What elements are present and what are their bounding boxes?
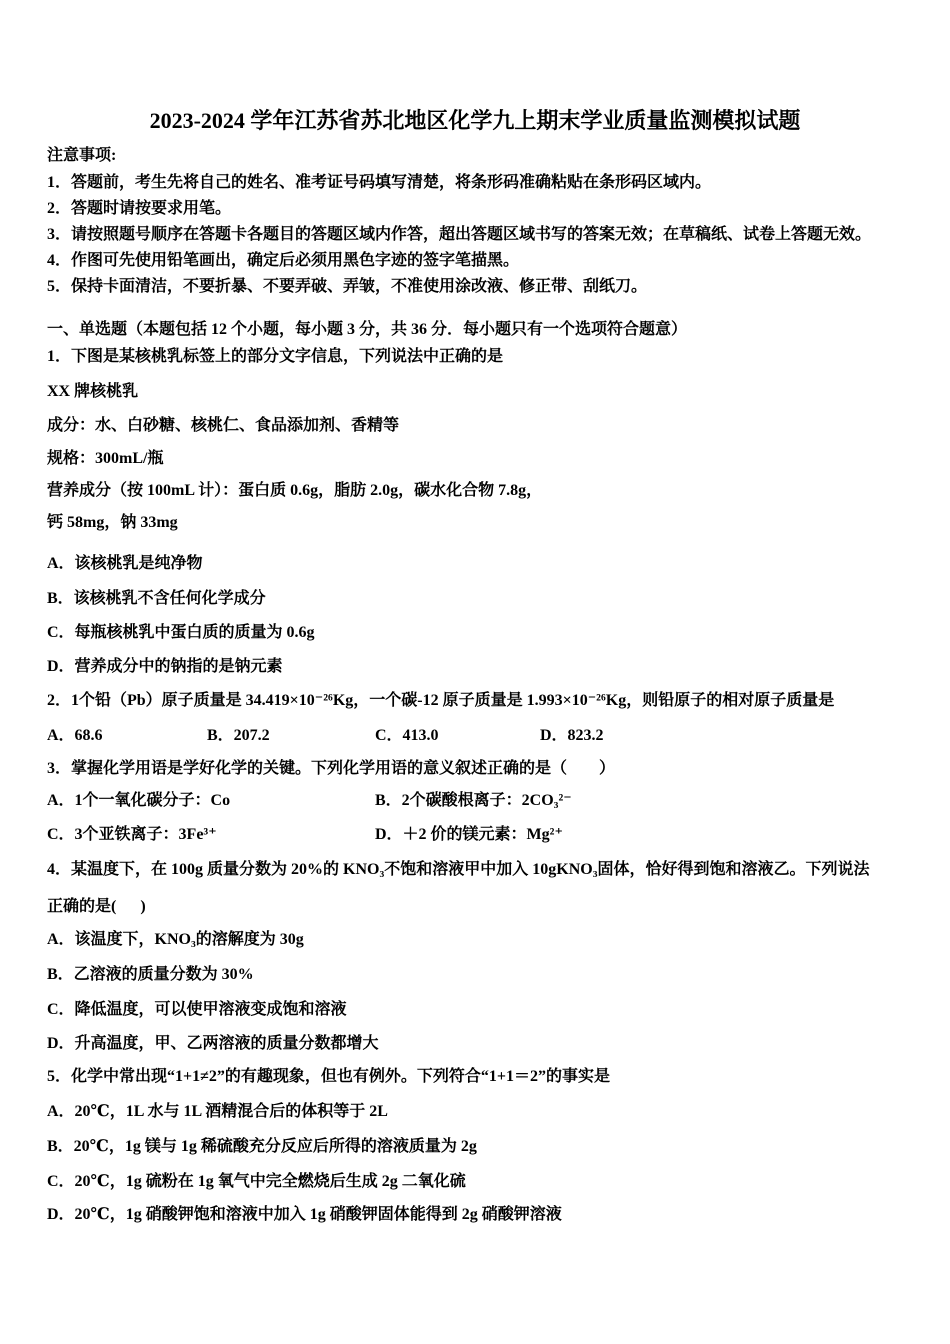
q5-option-c: C．20℃，1g 硫粉在 1g 氧气中完全燃烧后生成 2g 二氧化硫 — [47, 1172, 466, 1192]
notice-item-3: 3．请按照题号顺序在答题卡各题目的答题区域内作答，超出答题区域书写的答案无效；在… — [47, 225, 871, 245]
q3-option-b: B．2个碳酸根离子：2CO₃²⁻ — [375, 791, 572, 811]
q1-label-ingredients: 成分：水、白砂糖、核桃仁、食品添加剂、香精等 — [47, 416, 399, 436]
q1-label-spec: 规格：300mL/瓶 — [47, 449, 163, 469]
q2-option-a: A．68.6 — [47, 726, 103, 746]
q5-option-d: D．20℃，1g 硝酸钾饱和溶液中加入 1g 硝酸钾固体能得到 2g 硝酸钾溶液 — [47, 1205, 562, 1225]
page-title: 2023-2024 学年江苏省苏北地区化学九上期末学业质量监测模拟试题 — [0, 104, 950, 138]
q3-stem: 3．掌握化学用语是学好化学的关键。下列化学用语的意义叙述正确的是（ ） — [47, 759, 615, 779]
q1-option-a: A．该核桃乳是纯净物 — [47, 554, 203, 574]
q4-option-a: A．该温度下，KNO₃的溶解度为 30g — [47, 930, 304, 950]
q2-stem: 2．1个铅（Pb）原子质量是 34.419×10⁻²⁶Kg，一个碳-12 原子质… — [47, 691, 834, 711]
q1-label-minerals: 钙 58mg，钠 33mg — [47, 513, 178, 533]
q1-option-c: C．每瓶核桃乳中蛋白质的质量为 0.6g — [47, 623, 315, 643]
notice-item-2: 2．答题时请按要求用笔。 — [47, 199, 231, 219]
q1-label-brand: XX 牌核桃乳 — [47, 382, 138, 402]
q2-option-c: C．413.0 — [375, 726, 439, 746]
q1-option-d: D．营养成分中的钠指的是钠元素 — [47, 657, 283, 677]
notice-item-4: 4．作图可先使用铅笔画出，确定后必须用黑色字迹的签字笔描黑。 — [47, 251, 519, 271]
notice-heading: 注意事项: — [47, 146, 116, 166]
q4-stem-line1: 4．某温度下，在 100g 质量分数为 20%的 KNO₃不饱和溶液甲中加入 1… — [47, 860, 870, 880]
q5-option-b: B．20℃，1g 镁与 1g 稀硫酸充分反应后所得的溶液质量为 2g — [47, 1137, 477, 1157]
exam-paper-page: 2023-2024 学年江苏省苏北地区化学九上期末学业质量监测模拟试题 注意事项… — [0, 0, 950, 1344]
q5-stem: 5．化学中常出现“1+1≠2”的有趣现象，但也有例外。下列符合“1+1＝2”的事… — [47, 1067, 610, 1087]
q4-option-c: C．降低温度，可以使甲溶液变成饱和溶液 — [47, 1000, 347, 1020]
q4-stem-line2: 正确的是( ) — [47, 897, 146, 917]
q4-option-d: D．升高温度，甲、乙两溶液的质量分数都增大 — [47, 1034, 379, 1054]
q4-option-b: B．乙溶液的质量分数为 30% — [47, 965, 254, 985]
section-heading: 一、单选题（本题包括 12 个小题，每小题 3 分，共 36 分．每小题只有一个… — [47, 320, 687, 340]
q2-option-d: D．823.2 — [540, 726, 604, 746]
q1-label-nutrition: 营养成分（按 100mL 计）：蛋白质 0.6g，脂肪 2.0g，碳水化合物 7… — [47, 481, 542, 501]
q1-option-b: B．该核桃乳不含任何化学成分 — [47, 589, 266, 609]
notice-item-5: 5．保持卡面清洁，不要折暴、不要弄破、弄皱，不准使用涂改液、修正带、刮纸刀。 — [47, 277, 647, 297]
q2-option-b: B．207.2 — [207, 726, 270, 746]
q3-option-c: C．3个亚铁离子：3Fe³⁺ — [47, 825, 217, 845]
q3-option-d: D．＋2 价的镁元素：Mg²⁺ — [375, 825, 563, 845]
q3-option-a: A．1个一氧化碳分子：Co — [47, 791, 230, 811]
q5-option-a: A．20℃，1L 水与 1L 酒精混合后的体积等于 2L — [47, 1102, 388, 1122]
q1-stem: 1．下图是某核桃乳标签上的部分文字信息，下列说法中正确的是 — [47, 347, 503, 367]
notice-item-1: 1．答题前，考生先将自己的姓名、准考证号码填写清楚，将条形码准确粘贴在条形码区域… — [47, 173, 711, 193]
